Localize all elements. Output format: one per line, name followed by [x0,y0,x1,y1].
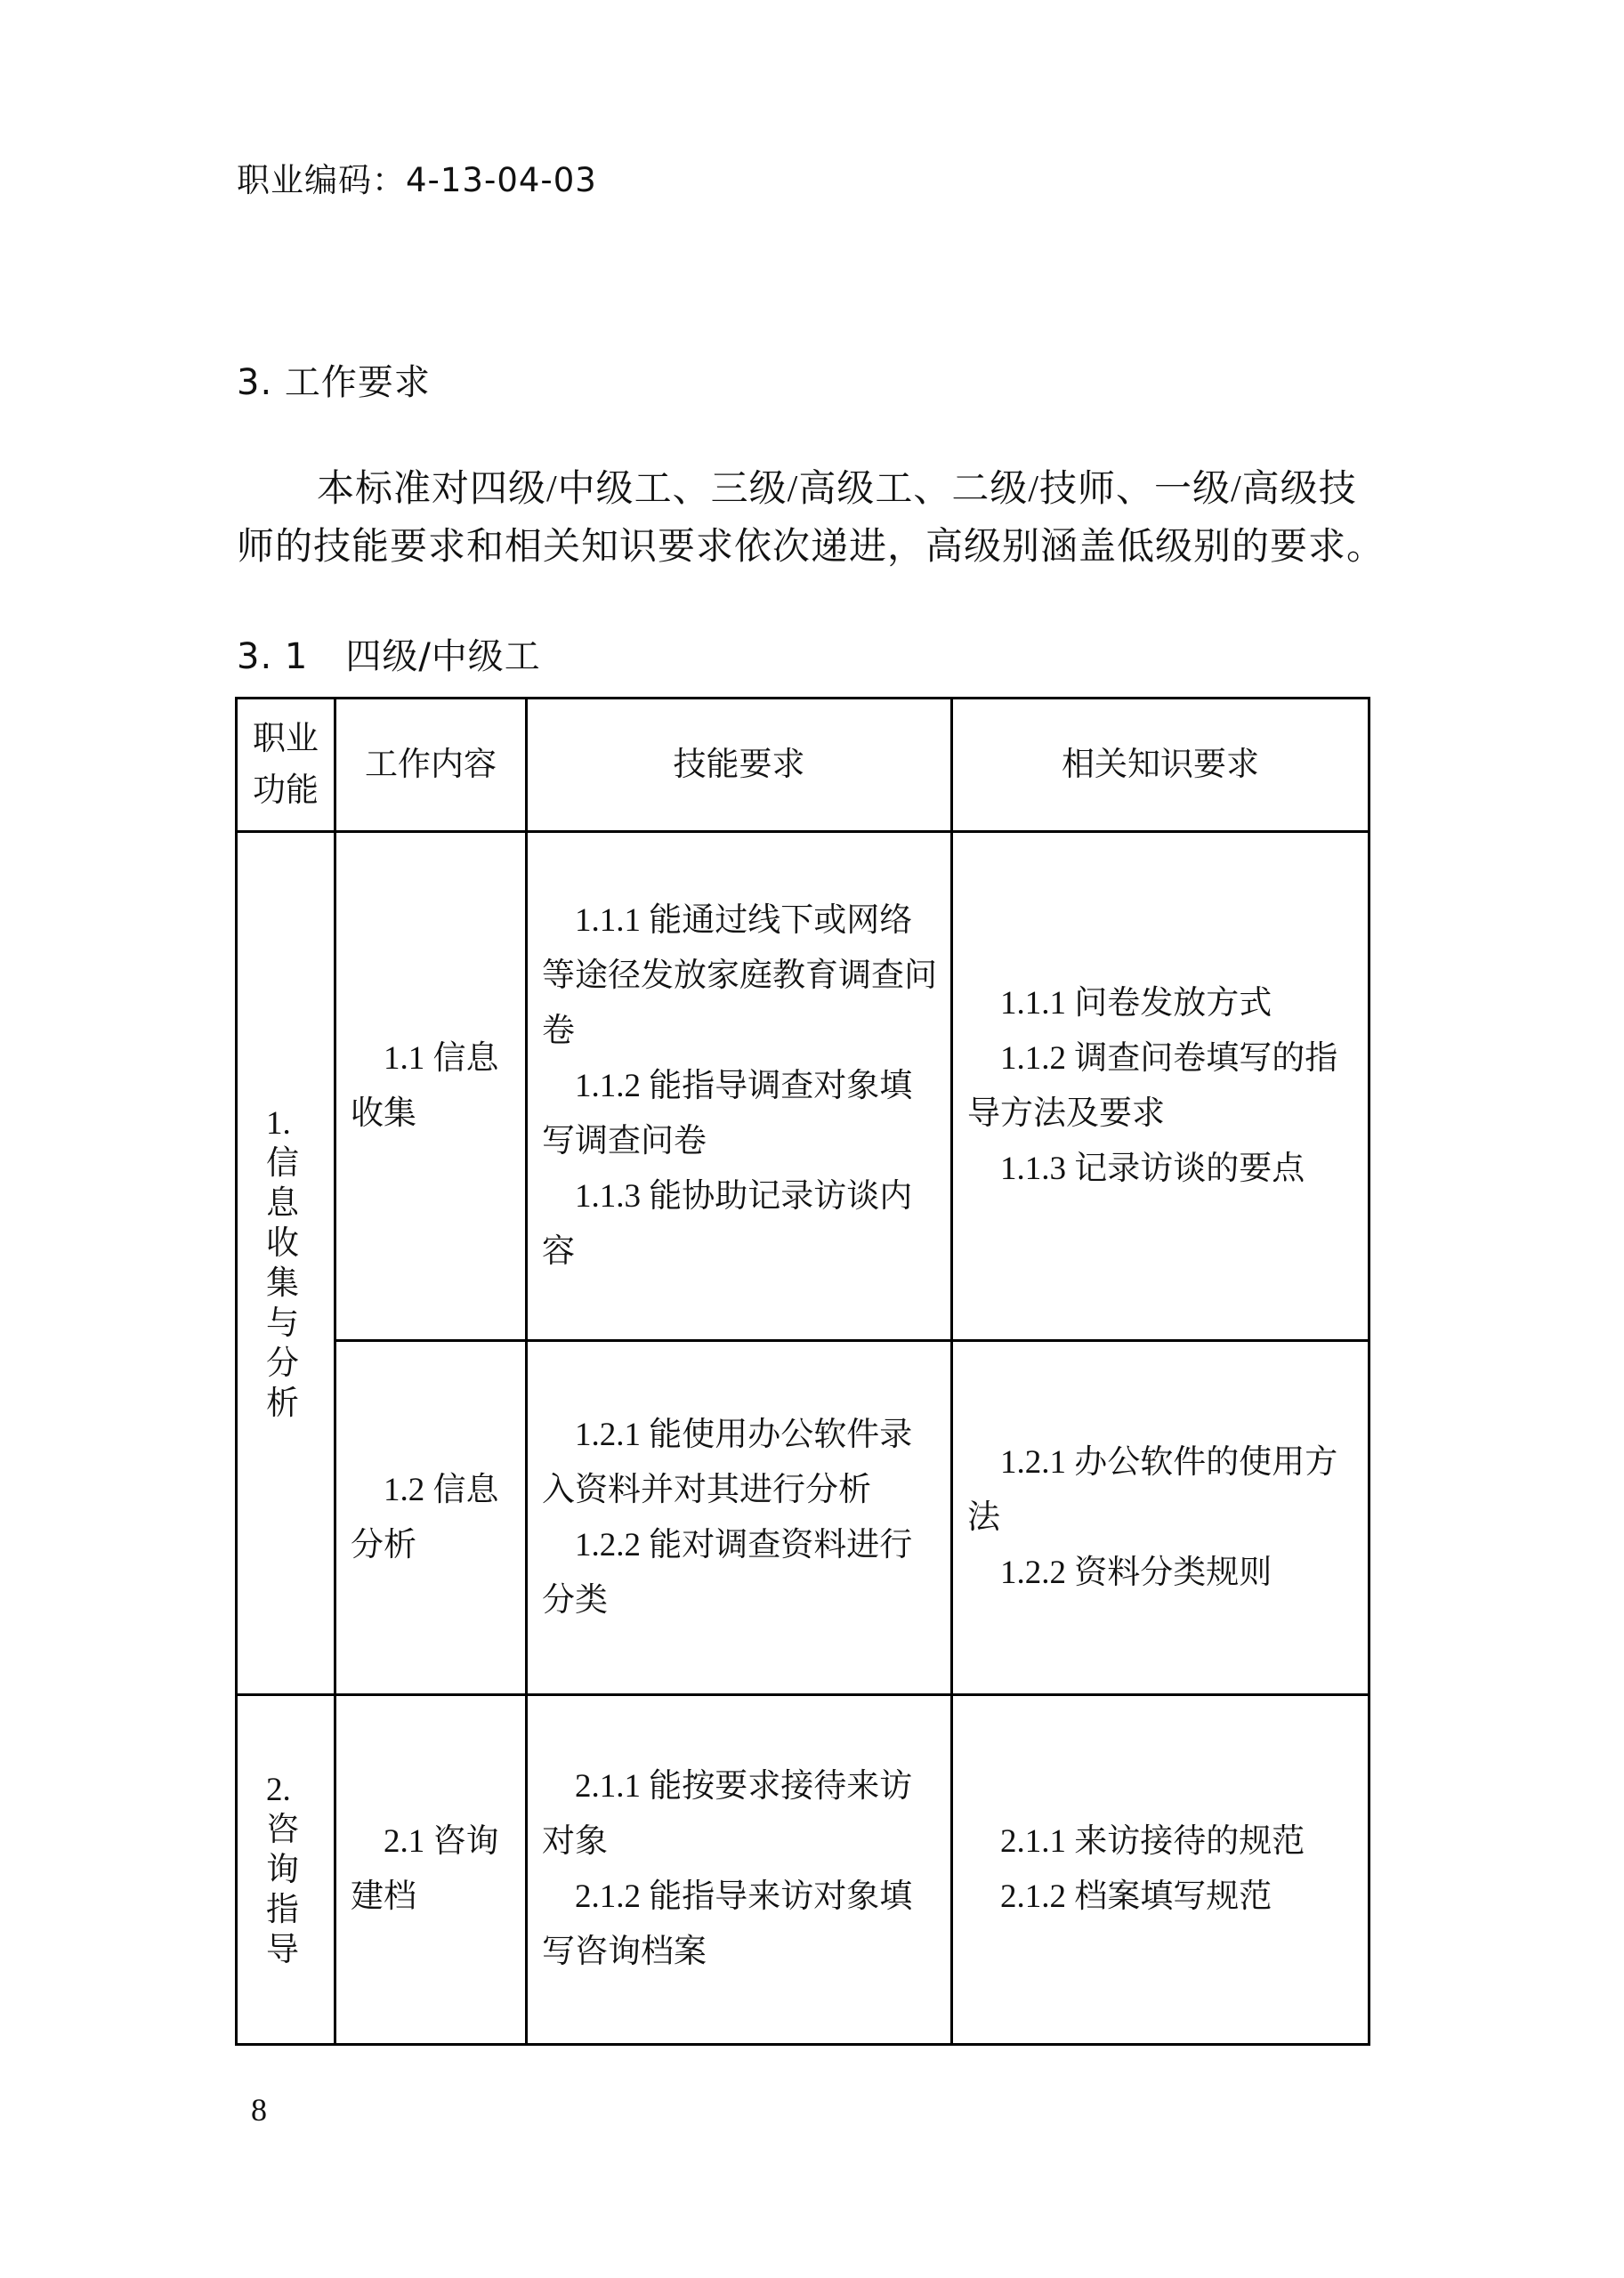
skill-item: 1.1.2 能指导调查对象填写调查问卷 [542,1059,940,1169]
knowledge-item: 1.1.1 问卷发放方式 [967,976,1357,1031]
skill-cell: 2.1.1 能按要求接待来访对象 2.1.2 能指导来访对象填写咨询档案 [527,1695,952,2045]
table-header-row: 职业功能 工作内容 技能要求 相关知识要求 [237,699,1369,832]
skill-item: 1.1.3 能协助记录访谈内容 [542,1169,940,1280]
knowledge-item: 2.1.1 来访接待的规范 [967,1814,1357,1870]
knowledge-item: 1.1.3 记录访谈的要点 [967,1142,1357,1197]
header-work-content: 工作内容 [335,699,527,832]
knowledge-cell: 2.1.1 来访接待的规范 2.1.2 档案填写规范 [952,1695,1369,2045]
knowledge-item: 1.1.2 调查问卷填写的指导方法及要求 [967,1031,1357,1142]
header-skill-requirements: 技能要求 [527,699,952,832]
work-content-cell: 2.1 咨询建档 [335,1695,527,2045]
skill-cell: 1.2.1 能使用办公软件录入资料并对其进行分析 1.2.2 能对调查资料进行分… [527,1341,952,1695]
subsection-label: 四级/中级工 [345,636,540,677]
skill-cell: 1.1.1 能通过线下或网络等途径发放家庭教育调查问卷 1.1.2 能指导调查对… [527,832,952,1341]
work-content-cell: 1.1 信息收集 [335,832,527,1341]
subsection-number: 3. 1 [237,636,308,677]
table-row: 2.咨询指导 2.1 咨询建档 2.1.1 能按要求接待来访对象 2.1.2 能… [237,1695,1369,2045]
skills-table: 职业功能 工作内容 技能要求 相关知识要求 1.信息收集与分析 1.1 信息收集… [235,697,1370,2046]
work-content-cell: 1.2 信息分析 [335,1341,527,1695]
page-number: 8 [251,2091,267,2129]
knowledge-item: 2.1.2 档案填写规范 [967,1870,1357,1925]
function-cell: 2.咨询指导 [237,1695,335,2045]
skill-item: 1.2.1 能使用办公软件录入资料并对其进行分析 [542,1408,940,1518]
knowledge-cell: 1.2.1 办公软件的使用方法 1.2.2 资料分类规则 [952,1341,1369,1695]
header-function: 职业功能 [237,699,335,832]
subsection-title: 3. 1四级/中级工 [237,628,541,679]
knowledge-item: 1.2.1 办公软件的使用方法 [967,1435,1357,1546]
occupation-code: 职业编码：4-13-04-03 [237,153,597,201]
skill-item: 1.1.1 能通过线下或网络等途径发放家庭教育调查问卷 [542,893,940,1059]
skill-item: 1.2.2 能对调查资料进行分类 [542,1518,940,1628]
section-title: 3. 工作要求 [237,354,431,405]
skill-item: 2.1.1 能按要求接待来访对象 [542,1759,940,1870]
function-cell: 1.信息收集与分析 [237,832,335,1695]
intro-paragraph: 本标准对四级/中级工、三级/高级工、二级/技师、一级/高级技师的技能要求和相关知… [237,461,1394,577]
table-row: 1.2 信息分析 1.2.1 能使用办公软件录入资料并对其进行分析 1.2.2 … [237,1341,1369,1695]
knowledge-item: 1.2.2 资料分类规则 [967,1546,1357,1601]
table-row: 1.信息收集与分析 1.1 信息收集 1.1.1 能通过线下或网络等途径发放家庭… [237,832,1369,1341]
knowledge-cell: 1.1.1 问卷发放方式 1.1.2 调查问卷填写的指导方法及要求 1.1.3 … [952,832,1369,1341]
skill-item: 2.1.2 能指导来访对象填写咨询档案 [542,1870,940,1980]
header-knowledge-requirements: 相关知识要求 [952,699,1369,832]
